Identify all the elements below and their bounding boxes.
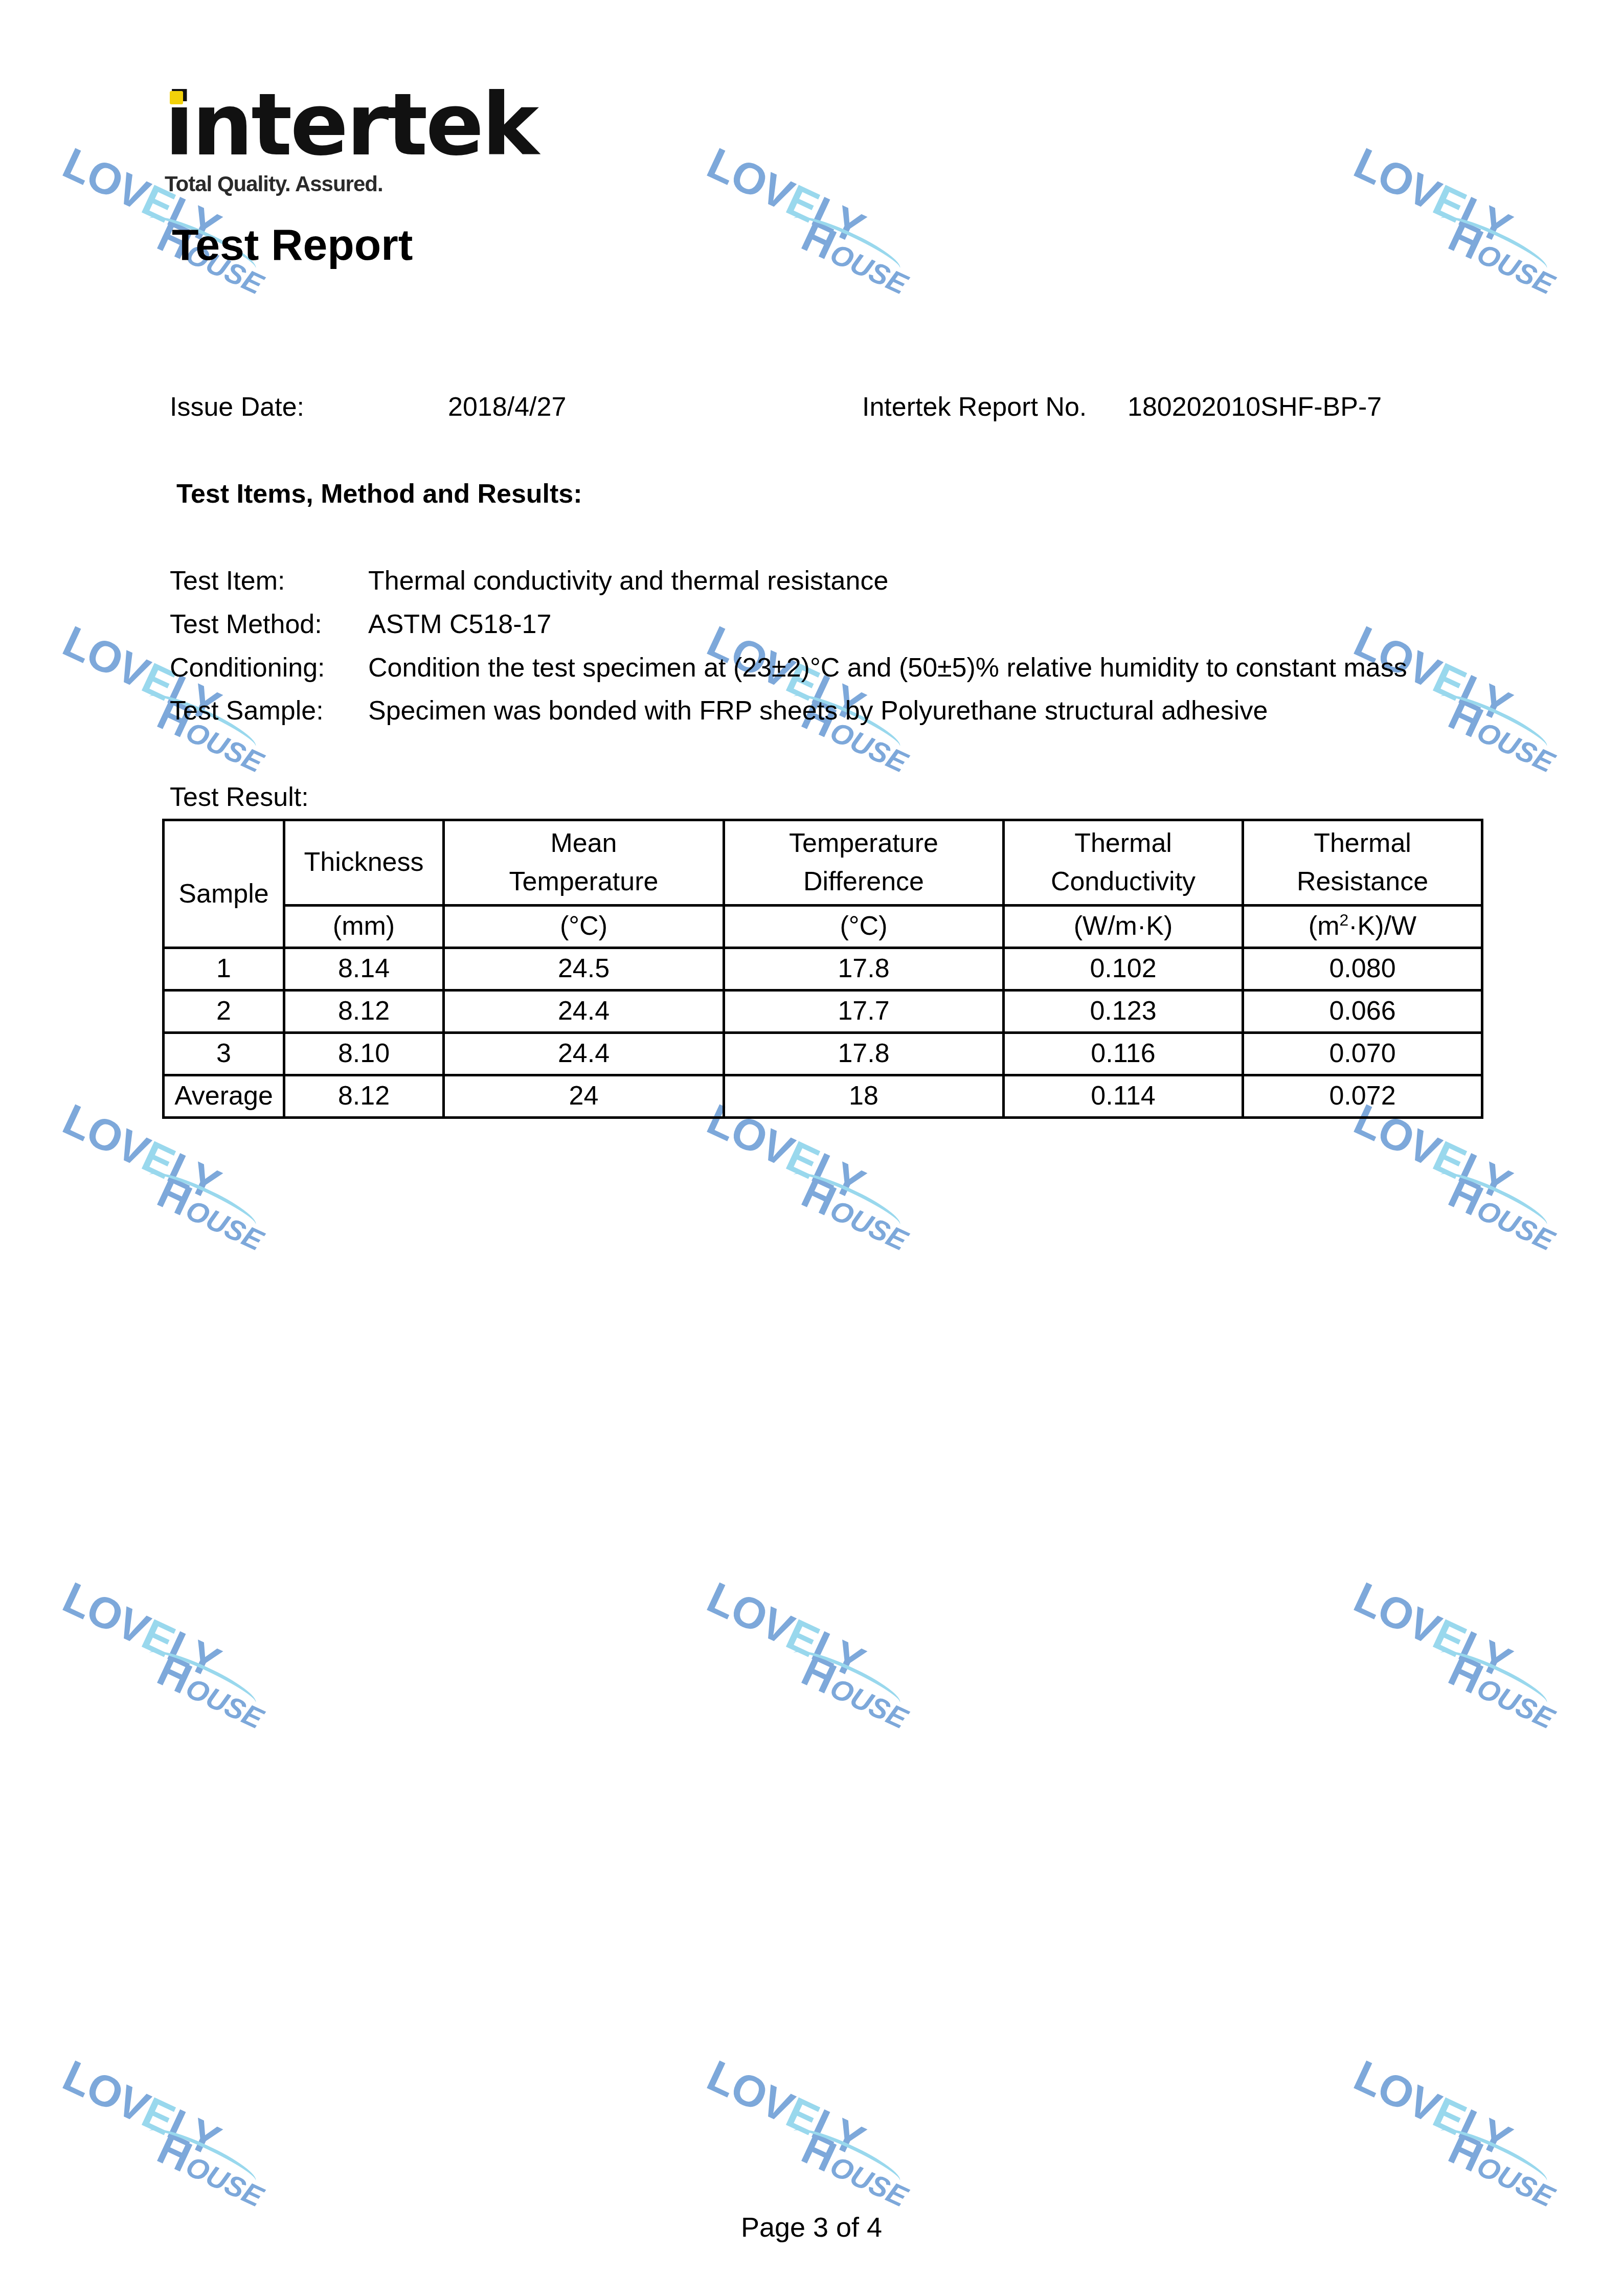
table-cell: 3 xyxy=(164,1033,284,1075)
lovely-house-watermark: LOVELYHOUSE xyxy=(1324,2051,1553,2230)
table-cell: 2 xyxy=(164,991,284,1033)
lovely-house-watermark: LOVELYHOUSE xyxy=(678,138,906,317)
table-row: Average8.1224180.1140.072 xyxy=(164,1075,1482,1118)
results-table: Sample Thickness Mean Temperature Temper… xyxy=(162,819,1483,1119)
table-cell: 0.070 xyxy=(1243,1033,1482,1075)
table-units-row: (mm) (°C) (°C) (W/m·K) (m2·K)/W xyxy=(164,906,1482,948)
watermark-house: HOUSE xyxy=(1441,2124,1565,2216)
table-cell: 0.066 xyxy=(1243,991,1482,1033)
header-res-line2: Resistance xyxy=(1297,867,1428,896)
test-item-label: Test Item: xyxy=(170,568,285,594)
watermark-swoosh-icon xyxy=(1435,2121,1552,2192)
watermark-house: HOUSE xyxy=(795,211,918,304)
watermark-house: HOUSE xyxy=(1441,1167,1565,1260)
watermark-lovely: LOVELY xyxy=(700,1572,871,1689)
table-cell: 0.072 xyxy=(1243,1075,1482,1118)
header-mean-line2: Temperature xyxy=(509,867,659,896)
watermark-swoosh-icon xyxy=(1435,208,1552,280)
watermark-swoosh-icon xyxy=(788,1164,905,1236)
watermark-house: HOUSE xyxy=(795,1167,918,1260)
watermark-swoosh-icon xyxy=(1435,686,1552,758)
table-cell: 18 xyxy=(724,1075,1004,1118)
page-title: Test Report xyxy=(172,220,413,271)
watermark-swoosh-icon xyxy=(1435,1164,1552,1236)
header-mean-temperature: Mean Temperature xyxy=(444,820,724,906)
test-method-label: Test Method: xyxy=(170,611,322,638)
header-temperature-difference: Temperature Difference xyxy=(724,820,1004,906)
lovely-house-watermark: LOVELYHOUSE xyxy=(678,2051,906,2230)
header-diff-line1: Temperature xyxy=(789,828,938,858)
watermark-house: HOUSE xyxy=(795,1646,918,1738)
table-row: 38.1024.417.80.1160.070 xyxy=(164,1033,1482,1075)
logo-wordmark: intertek xyxy=(165,82,537,168)
issue-date-label: Issue Date: xyxy=(170,394,304,420)
intertek-logo: intertek Total Quality. Assured. xyxy=(165,82,537,196)
table-cell: 0.114 xyxy=(1004,1075,1243,1118)
header-res-line1: Thermal xyxy=(1314,828,1411,858)
test-method-value: ASTM C518-17 xyxy=(368,611,551,638)
watermark-lovely: LOVELY xyxy=(700,138,871,254)
table-header-row: Sample Thickness Mean Temperature Temper… xyxy=(164,820,1482,906)
lovely-house-watermark: LOVELYHOUSE xyxy=(1324,616,1553,795)
table-cell: 24.4 xyxy=(444,1033,724,1075)
lovely-house-watermark: LOVELYHOUSE xyxy=(678,1094,906,1273)
logo-tagline: Total Quality. Assured. xyxy=(165,172,537,196)
lovely-house-watermark: LOVELYHOUSE xyxy=(33,1094,262,1273)
logo-dot-icon xyxy=(170,91,183,104)
test-result-label: Test Result: xyxy=(170,784,309,811)
unit-thermal-resistance: (m2·K)/W xyxy=(1243,906,1482,948)
table-cell: 17.8 xyxy=(724,1033,1004,1075)
watermark-lovely: LOVELY xyxy=(1346,138,1518,254)
watermark-lovely: LOVELY xyxy=(1346,1572,1518,1689)
test-sample-value: Specimen was bonded with FRP sheets by P… xyxy=(368,697,1268,724)
header-cond-line2: Conductivity xyxy=(1051,867,1196,896)
watermark-house: HOUSE xyxy=(1441,1646,1565,1738)
watermark-swoosh-icon xyxy=(788,2121,905,2192)
conditioning-value: Condition the test specimen at (23±2)°C … xyxy=(368,655,1407,681)
issue-date-value: 2018/4/27 xyxy=(448,394,566,420)
unit-thickness: (mm) xyxy=(284,906,444,948)
watermark-swoosh-icon xyxy=(788,1642,905,1714)
watermark-lovely: LOVELY xyxy=(700,2051,871,2167)
page-number: Page 3 of 4 xyxy=(0,2212,1623,2243)
table-cell: 24.5 xyxy=(444,948,724,991)
test-item-value: Thermal conductivity and thermal resista… xyxy=(368,568,888,594)
lovely-house-watermark: LOVELYHOUSE xyxy=(33,2051,262,2230)
watermark-lovely: LOVELY xyxy=(55,2051,227,2167)
header-thermal-conductivity: Thermal Conductivity xyxy=(1004,820,1243,906)
unit-res-post: ·K)/W xyxy=(1348,911,1416,941)
header-diff-line2: Difference xyxy=(803,867,924,896)
table-cell: 0.123 xyxy=(1004,991,1243,1033)
table-cell: 17.7 xyxy=(724,991,1004,1033)
watermark-swoosh-icon xyxy=(144,1164,261,1236)
report-number-value: 180202010SHF-BP-7 xyxy=(1128,394,1382,420)
watermark-house: HOUSE xyxy=(1441,689,1565,782)
lovely-house-watermark: LOVELYHOUSE xyxy=(1324,1094,1553,1273)
unit-thermal-conductivity: (W/m·K) xyxy=(1004,906,1243,948)
watermark-swoosh-icon xyxy=(1435,1642,1552,1714)
watermark-house: HOUSE xyxy=(150,2124,274,2216)
table-row: 28.1224.417.70.1230.066 xyxy=(164,991,1482,1033)
table-cell: 8.14 xyxy=(284,948,444,991)
lovely-house-watermark: LOVELYHOUSE xyxy=(1324,1572,1553,1751)
watermark-house: HOUSE xyxy=(150,1167,274,1260)
table-cell: 8.12 xyxy=(284,1075,444,1118)
table-cell: 24 xyxy=(444,1075,724,1118)
header-cond-line1: Thermal xyxy=(1074,828,1172,858)
header-mean-line1: Mean xyxy=(550,828,617,858)
section-heading: Test Items, Method and Results: xyxy=(176,481,582,507)
unit-res-pre: (m xyxy=(1309,911,1340,941)
table-cell: Average xyxy=(164,1075,284,1118)
lovely-house-watermark: LOVELYHOUSE xyxy=(1324,138,1553,317)
watermark-swoosh-icon xyxy=(144,2121,261,2192)
table-cell: 0.116 xyxy=(1004,1033,1243,1075)
lovely-house-watermark: LOVELYHOUSE xyxy=(678,1572,906,1751)
conditioning-label: Conditioning: xyxy=(170,655,325,681)
test-sample-label: Test Sample: xyxy=(170,697,324,724)
table-cell: 8.12 xyxy=(284,991,444,1033)
watermark-house: HOUSE xyxy=(150,1646,274,1738)
table-row: 18.1424.517.80.1020.080 xyxy=(164,948,1482,991)
table-cell: 0.080 xyxy=(1243,948,1482,991)
table-cell: 24.4 xyxy=(444,991,724,1033)
unit-res-sup: 2 xyxy=(1340,911,1349,929)
header-sample: Sample xyxy=(164,820,284,948)
table-cell: 17.8 xyxy=(724,948,1004,991)
watermark-lovely: LOVELY xyxy=(1346,2051,1518,2167)
unit-mean-temperature: (°C) xyxy=(444,906,724,948)
watermark-swoosh-icon xyxy=(144,1642,261,1714)
watermark-house: HOUSE xyxy=(1441,211,1565,304)
header-thickness: Thickness xyxy=(284,820,444,906)
table-cell: 0.102 xyxy=(1004,948,1243,991)
watermark-swoosh-icon xyxy=(788,208,905,280)
lovely-house-watermark: LOVELYHOUSE xyxy=(33,1572,262,1751)
watermark-lovely: LOVELY xyxy=(55,1572,227,1689)
table-cell: 1 xyxy=(164,948,284,991)
table-cell: 8.10 xyxy=(284,1033,444,1075)
watermark-house: HOUSE xyxy=(795,2124,918,2216)
unit-temperature-difference: (°C) xyxy=(724,906,1004,948)
report-number-label: Intertek Report No. xyxy=(862,394,1087,420)
header-thermal-resistance: Thermal Resistance xyxy=(1243,820,1482,906)
